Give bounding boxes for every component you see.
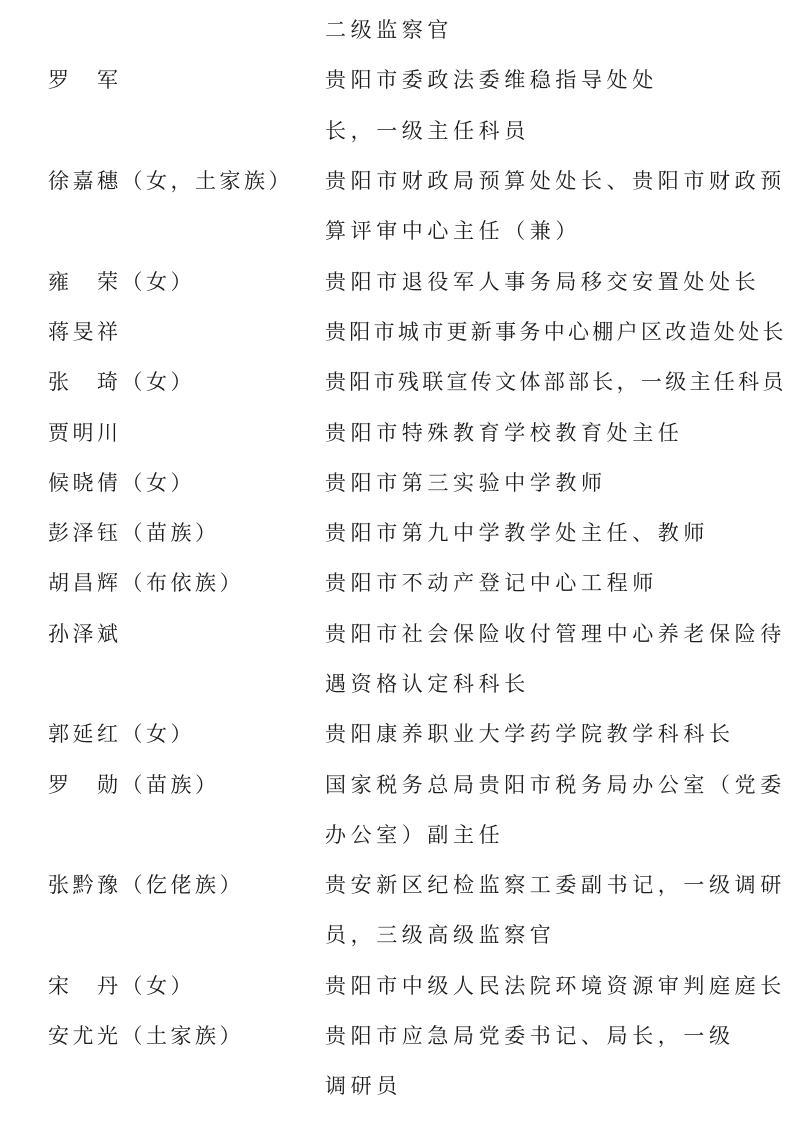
entry-row: 贾明川贵阳市特殊教育学校教育处主任 — [0, 406, 790, 456]
person-name: 贾明川 — [48, 417, 325, 447]
person-name: 孙泽斌 — [48, 618, 325, 648]
entry-row: 郭延红（女）贵阳康养职业大学药学院教学科科长 — [0, 708, 790, 758]
position-line: 贵阳市残联宣传文体部部长，一级主任科员 — [325, 366, 787, 396]
person-name: 宋 丹（女） — [48, 970, 325, 1000]
position-line: 贵安新区纪检监察工委副书记，一级调研 — [325, 869, 786, 899]
person-name: 张 琦（女） — [48, 366, 325, 396]
document-page: 二级监察官罗 军贵阳市委政法委维稳指导处处长，一级主任科员徐嘉穗（女，土家族）贵… — [0, 0, 790, 1142]
position-line: 贵阳市不动产登记中心工程师 — [325, 567, 658, 597]
person-name: 徐嘉穗（女，土家族） — [48, 165, 325, 195]
person-name: 安尤光（土家族） — [48, 1020, 325, 1050]
position-line: 贵阳市特殊教育学校教育处主任 — [325, 417, 683, 447]
position-line: 贵阳市城市更新事务中心棚户区改造处处长 — [325, 316, 787, 346]
entry-row: 长，一级主任科员 — [0, 105, 790, 155]
position-line: 贵阳市财政局预算处处长、贵阳市财政预 — [325, 165, 786, 195]
entry-row: 胡昌辉（布依族）贵阳市不动产登记中心工程师 — [0, 557, 790, 607]
entry-row: 候晓倩（女）贵阳市第三实验中学教师 — [0, 457, 790, 507]
position-line: 办公室）副主任 — [325, 819, 504, 849]
entry-row: 宋 丹（女）贵阳市中级人民法院环境资源审判庭庭长 — [0, 960, 790, 1010]
entry-row: 蒋旻祥贵阳市城市更新事务中心棚户区改造处处长 — [0, 306, 790, 356]
entry-row: 张黔豫（仡佬族）贵安新区纪检监察工委副书记，一级调研 — [0, 859, 790, 909]
person-name: 雍 荣（女） — [48, 266, 325, 296]
position-line: 贵阳市第九中学教学处主任、教师 — [325, 517, 709, 547]
entry-row: 孙泽斌贵阳市社会保险收付管理中心养老保险待 — [0, 608, 790, 658]
entry-row: 徐嘉穗（女，土家族）贵阳市财政局预算处处长、贵阳市财政预 — [0, 155, 790, 205]
entry-row: 员，三级高级监察官 — [0, 909, 790, 959]
entry-row: 张 琦（女）贵阳市残联宣传文体部部长，一级主任科员 — [0, 356, 790, 406]
person-name: 彭泽钰（苗族） — [48, 517, 325, 547]
person-name: 郭延红（女） — [48, 718, 325, 748]
position-line: 调研员 — [325, 1070, 402, 1100]
person-name: 候晓倩（女） — [48, 467, 325, 497]
position-line: 国家税务总局贵阳市税务局办公室（党委 — [325, 769, 786, 799]
position-line: 贵阳市委政法委维稳指导处处 — [325, 64, 658, 94]
position-line: 贵阳市中级人民法院环境资源审判庭庭长 — [325, 970, 786, 1000]
position-line: 贵阳市第三实验中学教师 — [325, 467, 607, 497]
position-line: 贵阳市退役军人事务局移交安置处处长 — [325, 266, 760, 296]
entry-row: 办公室）副主任 — [0, 809, 790, 859]
entry-row: 彭泽钰（苗族）贵阳市第九中学教学处主任、教师 — [0, 507, 790, 557]
position-line: 贵阳市应急局党委书记、局长，一级 — [325, 1020, 735, 1050]
entry-row: 罗 勋（苗族）国家税务总局贵阳市税务局办公室（党委 — [0, 758, 790, 808]
entry-row: 遇资格认定科科长 — [0, 658, 790, 708]
entry-row: 调研员 — [0, 1060, 790, 1110]
person-name: 蒋旻祥 — [48, 316, 325, 346]
position-line: 长，一级主任科员 — [325, 115, 530, 145]
position-line: 员，三级高级监察官 — [325, 919, 555, 949]
entry-row: 二级监察官 — [0, 4, 790, 54]
position-line: 贵阳市社会保险收付管理中心养老保险待 — [325, 618, 786, 648]
entry-row: 罗 军贵阳市委政法委维稳指导处处 — [0, 54, 790, 104]
entry-row: 雍 荣（女）贵阳市退役军人事务局移交安置处处长 — [0, 255, 790, 305]
person-name: 罗 勋（苗族） — [48, 769, 325, 799]
position-line: 算评审中心主任（兼） — [325, 215, 581, 245]
person-name: 罗 军 — [48, 64, 325, 94]
position-line: 贵阳康养职业大学药学院教学科科长 — [325, 718, 735, 748]
person-name: 张黔豫（仡佬族） — [48, 869, 325, 899]
position-line: 遇资格认定科科长 — [325, 668, 530, 698]
person-name: 胡昌辉（布依族） — [48, 567, 325, 597]
position-line: 二级监察官 — [325, 14, 453, 44]
entry-row: 安尤光（土家族）贵阳市应急局党委书记、局长，一级 — [0, 1010, 790, 1060]
entry-row: 算评审中心主任（兼） — [0, 205, 790, 255]
